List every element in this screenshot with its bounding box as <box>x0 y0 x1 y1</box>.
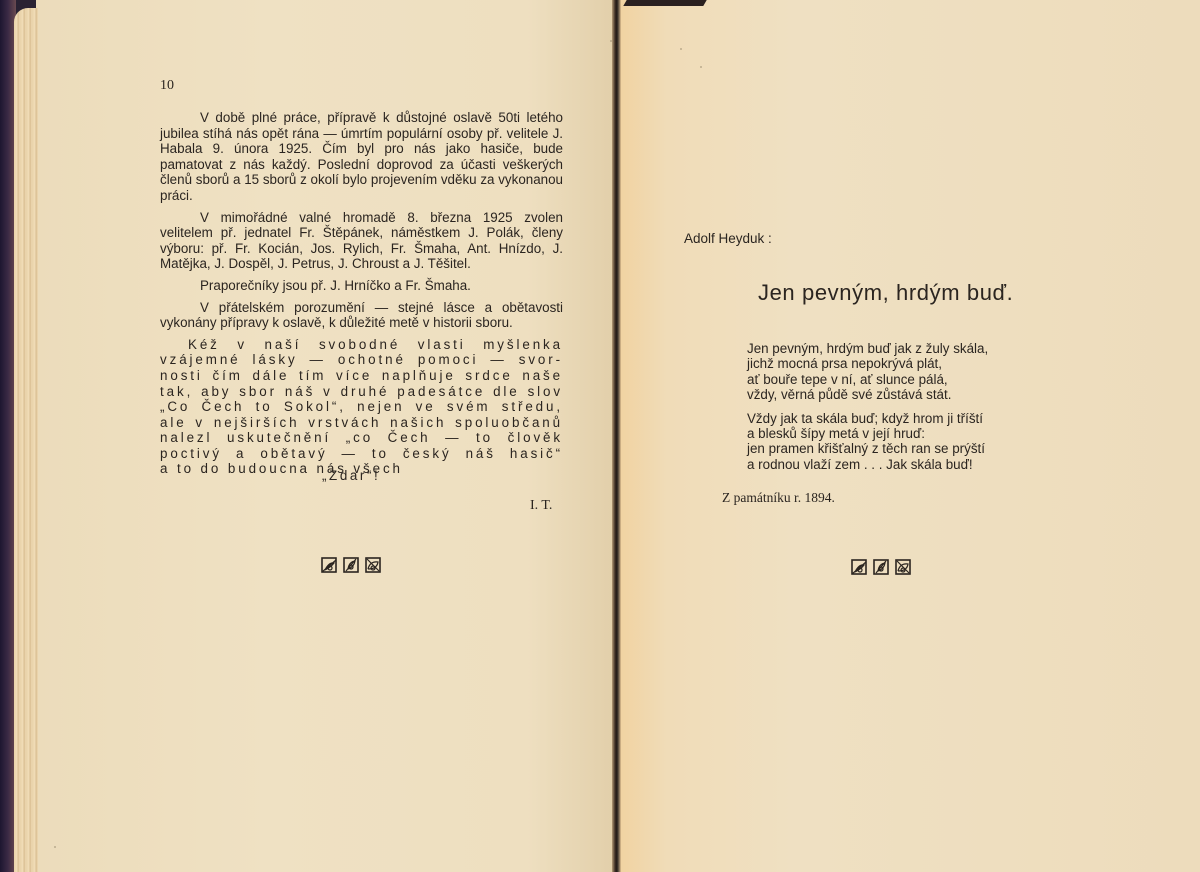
paragraph: V přátelském porozumění — stejné lásce a… <box>160 300 563 331</box>
page-stack-edge <box>14 8 38 872</box>
ornament-icon <box>851 559 867 575</box>
paragraph: Praporečníky jsou př. J. Hrníčko a Fr. Š… <box>160 278 563 294</box>
poem-line: jichž mocná prsa nepokrývá plát, <box>747 356 988 371</box>
spaced-line: Kéž v naší svobodné vlasti myšlenka <box>160 337 563 353</box>
paragraph: V mimořádné valné hromadě 8. března 1925… <box>160 210 563 272</box>
left-page-body: V době plné práce, přípravě k důstojné o… <box>160 110 563 477</box>
ornament-icon <box>365 557 381 573</box>
book-gutter <box>612 0 621 872</box>
spaced-line: nalezl uskutečnění „co Čech — to člověk <box>160 430 563 446</box>
ornament-icon <box>343 557 359 573</box>
signature: I. T. <box>530 498 552 514</box>
poem-stanza: Jen pevným, hrdým buď jak z žuly skála, … <box>747 341 988 403</box>
spaced-line: poctivý a obětavý — to český náš hasič“ <box>160 446 563 462</box>
poem-author: Adolf Heyduk : <box>684 231 772 247</box>
ornament-icon <box>321 557 337 573</box>
poem-line: a blesků šípy metá v její hruď: <box>747 426 988 441</box>
poem-body: Jen pevným, hrdým buď jak z žuly skála, … <box>747 341 988 480</box>
poem-line: vždy, věrná půdě své zůstává stát. <box>747 387 988 402</box>
poem-line: jen pramen křišťalný z těch ran se prýšt… <box>747 441 988 456</box>
poem-line: Jen pevným, hrdým buď jak z žuly skála, <box>747 341 988 356</box>
ornament-icon <box>895 559 911 575</box>
page-number: 10 <box>160 78 174 94</box>
ornament-row <box>851 559 911 575</box>
spaced-line: tak, aby sbor náš v druhé padesátce dle … <box>160 384 563 400</box>
cover-corner <box>623 0 706 6</box>
poem-line: ať bouře tepe v ní, ať slunce pálá, <box>747 372 988 387</box>
poem-title: Jen pevným, hrdým buď. <box>758 280 1013 306</box>
ornament-icon <box>873 559 889 575</box>
paragraph: V době plné práce, přípravě k důstojné o… <box>160 110 563 204</box>
poem-line: Vždy jak ta skála buď; když hrom ji tříš… <box>747 411 988 426</box>
spaced-line: vzájemné lásky — ochotné pomoci — svor- <box>160 352 563 368</box>
spaced-line: nosti čím dále tím více naplňuje srdce n… <box>160 368 563 384</box>
poem-stanza: Vždy jak ta skála buď; když hrom ji tříš… <box>747 411 988 473</box>
poem-source: Z památníku r. 1894. <box>722 490 835 506</box>
closing-salute: „Zdar“! <box>322 468 380 484</box>
spaced-line: „Co Čech to Sokol“, nejen ve svém středu… <box>160 399 563 415</box>
spaced-line: ale v nejširších vrstvách našich spoluob… <box>160 415 563 431</box>
spaced-paragraph: Kéž v naší svobodné vlasti myšlenka vzáj… <box>160 337 563 477</box>
poem-line: a rodnou vlaží zem . . . Jak skála buď! <box>747 457 988 472</box>
book-spread: 10 V době plné práce, přípravě k důstojn… <box>0 0 1200 872</box>
ornament-row <box>321 557 381 573</box>
